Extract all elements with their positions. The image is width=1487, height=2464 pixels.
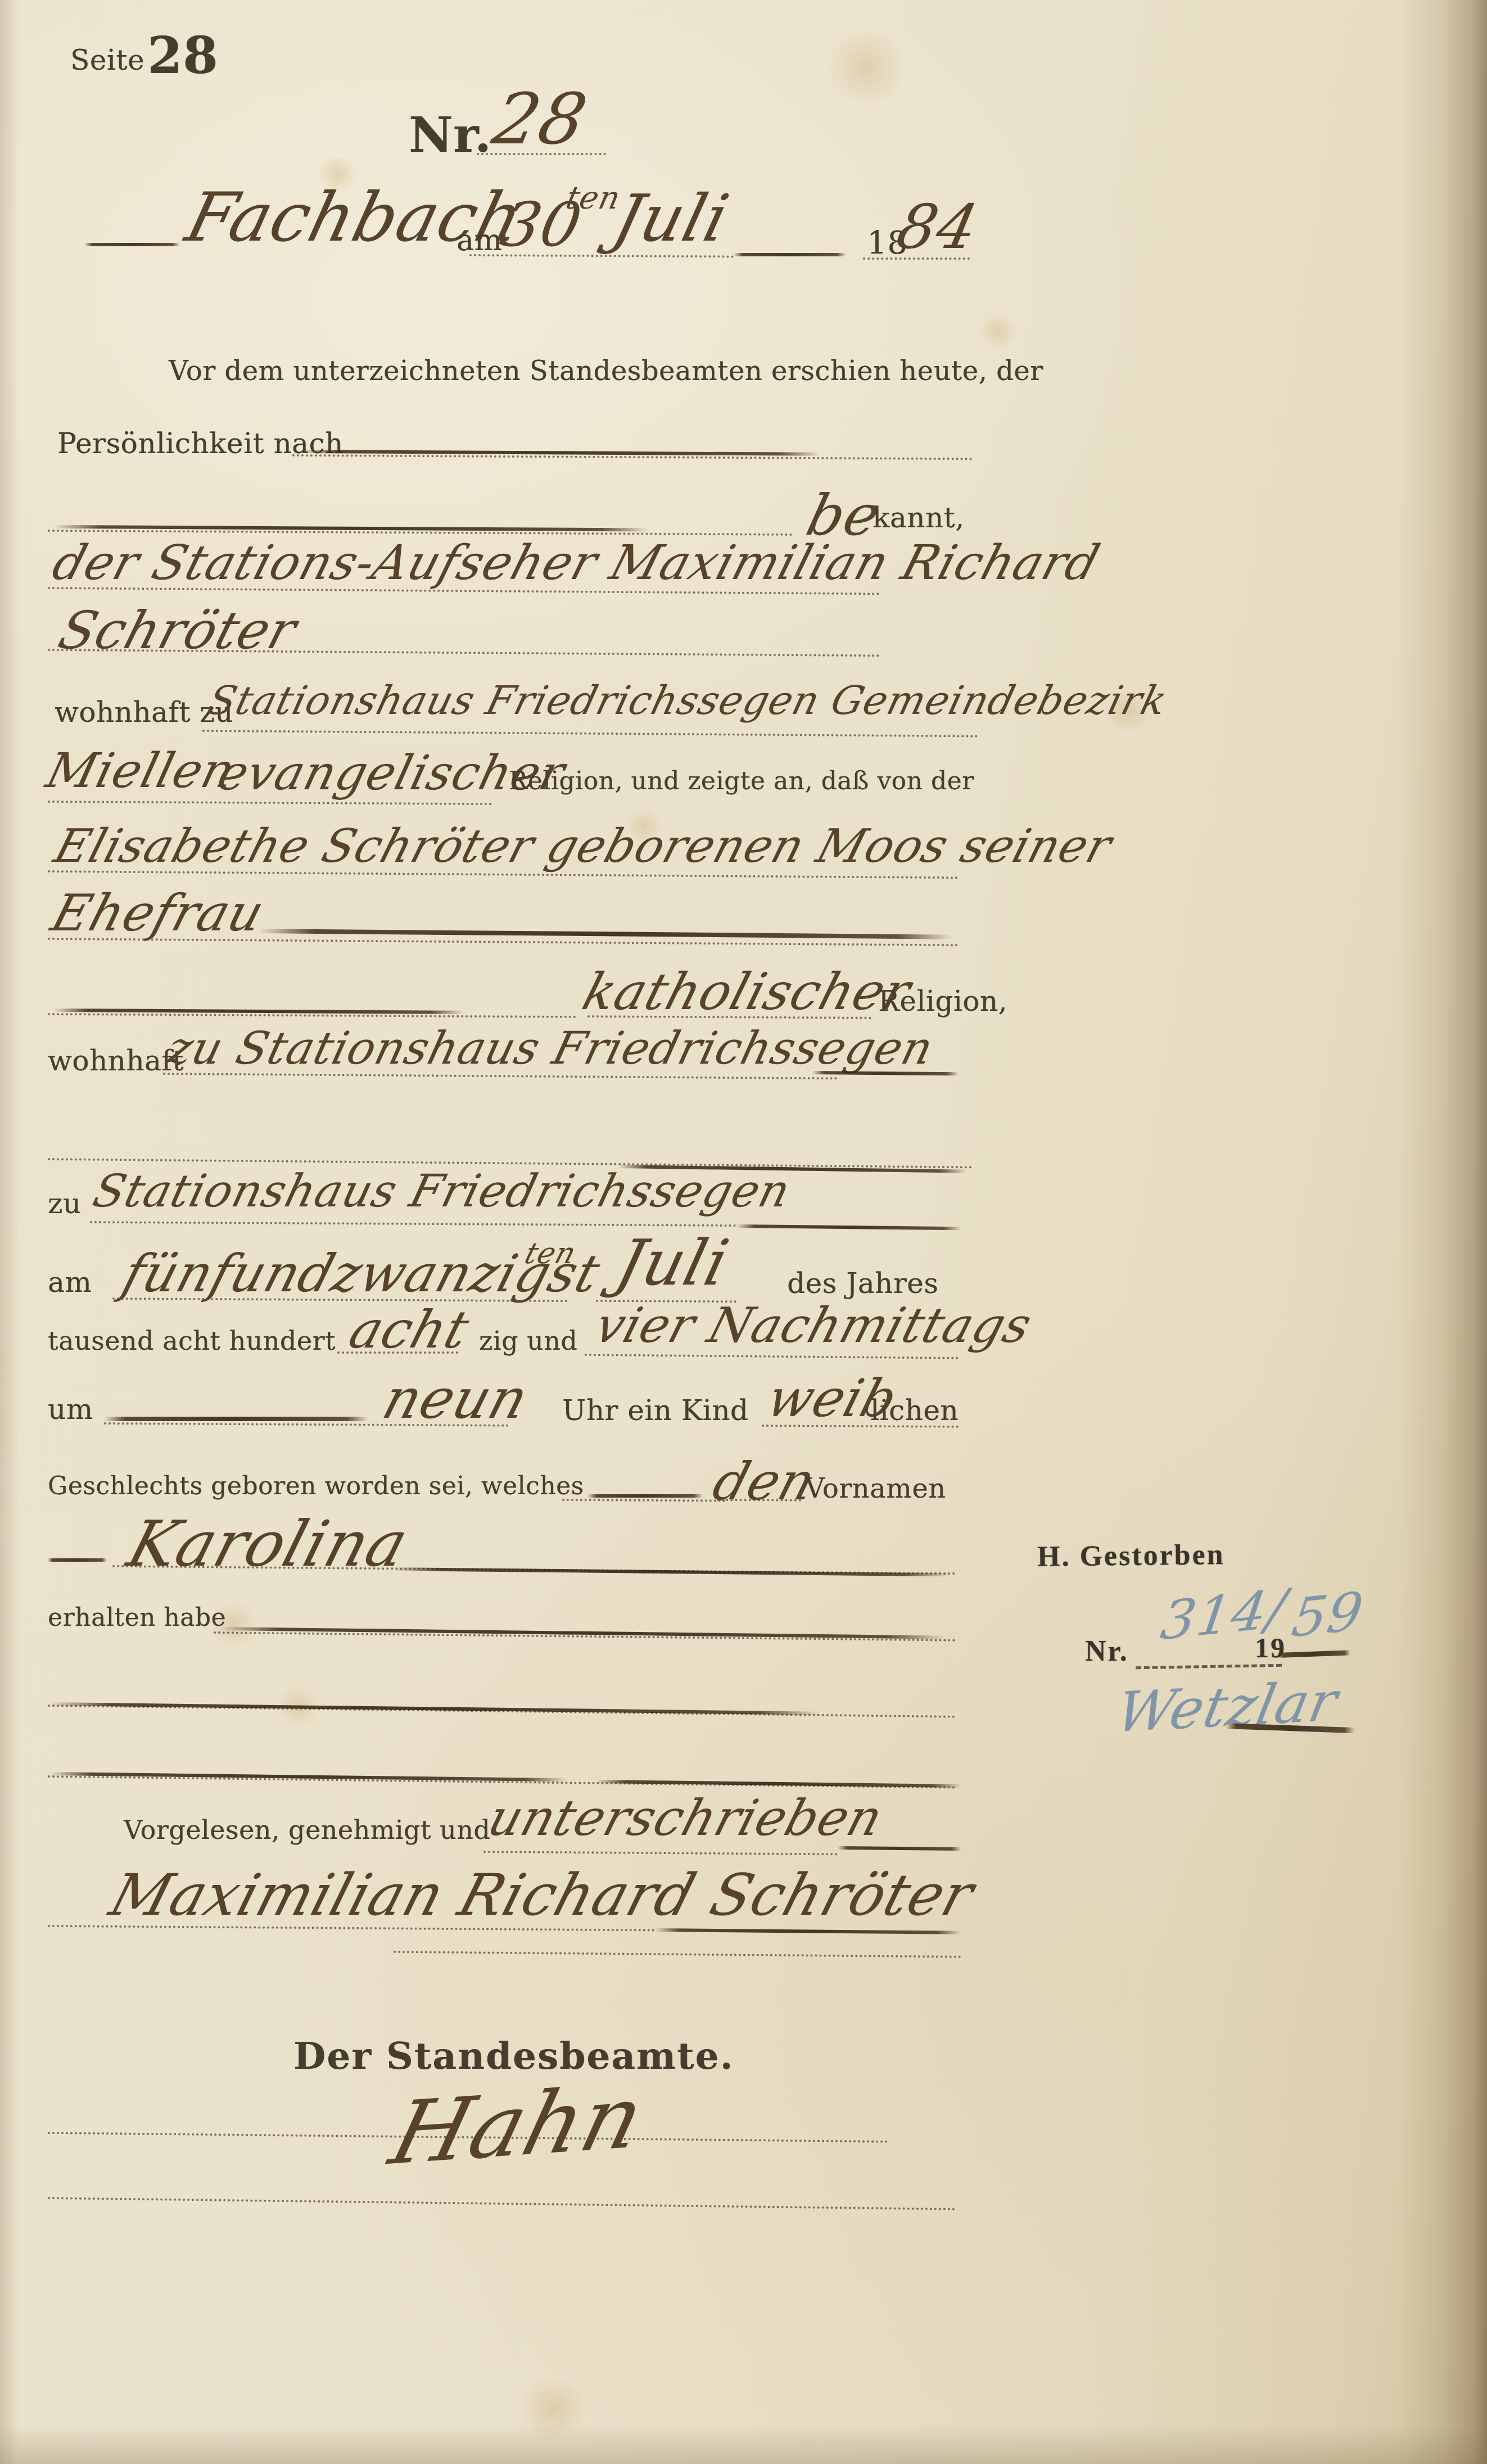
declarant-residence-2: Miellen <box>41 743 241 799</box>
dotted-line <box>477 153 606 155</box>
dotted-line <box>292 454 973 460</box>
year-hand-2: vier <box>589 1297 702 1354</box>
mother-religion: katholischer <box>576 962 917 1021</box>
ink-line <box>84 243 180 246</box>
birth-hour: neun <box>376 1367 536 1431</box>
page-label: Seite <box>70 44 144 76</box>
ink-line <box>104 1417 368 1421</box>
mother-relation: Ehefrau <box>45 884 271 943</box>
vornamen-printed: Vornamen <box>805 1473 946 1504</box>
dotted-line <box>483 1851 838 1855</box>
dotted-line <box>48 1013 576 1018</box>
declarant-signature: Maximilian Richard Schröter <box>103 1862 982 1929</box>
ink-line <box>736 1224 961 1230</box>
event-day-suffix: ten <box>563 180 624 216</box>
religion-printed-1: Religion, und zeigte an, daß von der <box>509 767 974 795</box>
foxing-stain <box>978 315 1018 349</box>
year-printed-2: zig und <box>479 1326 577 1356</box>
year-hand-1: acht <box>343 1300 476 1360</box>
registrar-title: Der Standesbeamte. <box>293 2034 734 2078</box>
known-printed: kannt, <box>873 501 965 534</box>
stamp-year-value: 59 <box>1288 1581 1367 1649</box>
ink-line <box>587 1494 703 1498</box>
dotted-line <box>863 257 970 260</box>
stamp-nr-label: Nr. <box>1085 1635 1129 1668</box>
intro-line: Vor dem unterzeichneten Standesbeamten e… <box>169 355 1043 387</box>
year-hand-2-daytime: vier Nachmittags <box>589 1297 1038 1354</box>
stamp-text: H. Gestorben <box>1037 1538 1225 1573</box>
mother-name-line: Elisabethe Schröter geborenen Moos seine… <box>48 820 1118 873</box>
am-label: am <box>457 224 502 257</box>
dotted-line <box>394 1951 961 1958</box>
page-number: 28 <box>147 26 218 85</box>
stamp-place: Wetzlar <box>1111 1670 1343 1745</box>
dotted-line <box>90 1221 736 1227</box>
year-printed-1: tausend acht hundert <box>48 1326 336 1356</box>
event-month: Juli <box>606 181 736 256</box>
ink-line <box>838 1846 961 1851</box>
birthdate-label: am <box>48 1266 92 1299</box>
ink-line <box>49 1702 820 1715</box>
ink-line <box>812 1071 959 1075</box>
ink-line <box>394 1567 950 1576</box>
stamp-dash-line <box>1136 1664 1282 1670</box>
dotted-line <box>585 1354 959 1359</box>
daytime-hand: Nachmittags <box>702 1297 1038 1354</box>
closing-printed: Vorgelesen, genehmigt und <box>124 1815 490 1845</box>
dotted-line <box>48 801 492 805</box>
dotted-line <box>337 1351 458 1354</box>
page-left-edge-shadow <box>0 0 19 2464</box>
record-number-value: 28 <box>486 79 594 160</box>
foxing-stain <box>821 34 911 101</box>
registry-document-page: Seite 28 Nr. 28 Fachbach am 30 ten Juli … <box>0 0 1487 2464</box>
ink-line <box>259 929 953 939</box>
birth-month: Juli <box>609 1227 736 1300</box>
ink-line <box>1277 1650 1350 1658</box>
birthplace-value: Stationshaus Friedrichssegen <box>88 1165 796 1217</box>
dotted-line <box>562 1499 725 1502</box>
declarant-line1: der Stations-Aufseher Maximilian Richard <box>47 535 1106 591</box>
year-intro-printed: des Jahres <box>787 1267 938 1300</box>
page-right-edge-shadow <box>1397 0 1487 2464</box>
dotted-line <box>717 1499 801 1502</box>
dotted-line <box>48 2197 956 2210</box>
ink-line <box>48 1558 107 1562</box>
time-printed: Uhr ein Kind <box>562 1394 748 1427</box>
received-label: erhalten habe <box>48 1603 226 1632</box>
religion-printed-2: Religion, <box>878 985 1007 1018</box>
ink-line <box>655 1928 961 1934</box>
birth-day-suffix: ten <box>521 1237 580 1271</box>
dotted-line <box>202 730 978 738</box>
foxing-stain <box>517 2378 590 2440</box>
birthplace-label: zu <box>48 1187 82 1220</box>
mother-residence: zu Stationshaus Friedrichssegen <box>162 1022 938 1074</box>
registrar-signature: Hahn <box>381 2066 654 2185</box>
sex-line-printed: Geschlechts geboren worden sei, welches <box>48 1472 584 1500</box>
closing-handwritten: unterschrieben <box>482 1789 889 1847</box>
page-bottom-edge-shadow <box>0 2425 1487 2464</box>
sex-printed: lichen <box>870 1394 959 1427</box>
child-name: Karolina <box>120 1508 416 1581</box>
event-year: 84 <box>891 192 984 263</box>
stamp-year-prefix: 19 <box>1255 1631 1286 1664</box>
declarant-residence-1: Stationshaus Friedrichssegen Gemeindebez… <box>204 677 1172 724</box>
time-label: um <box>48 1393 93 1426</box>
ink-line <box>734 253 846 256</box>
